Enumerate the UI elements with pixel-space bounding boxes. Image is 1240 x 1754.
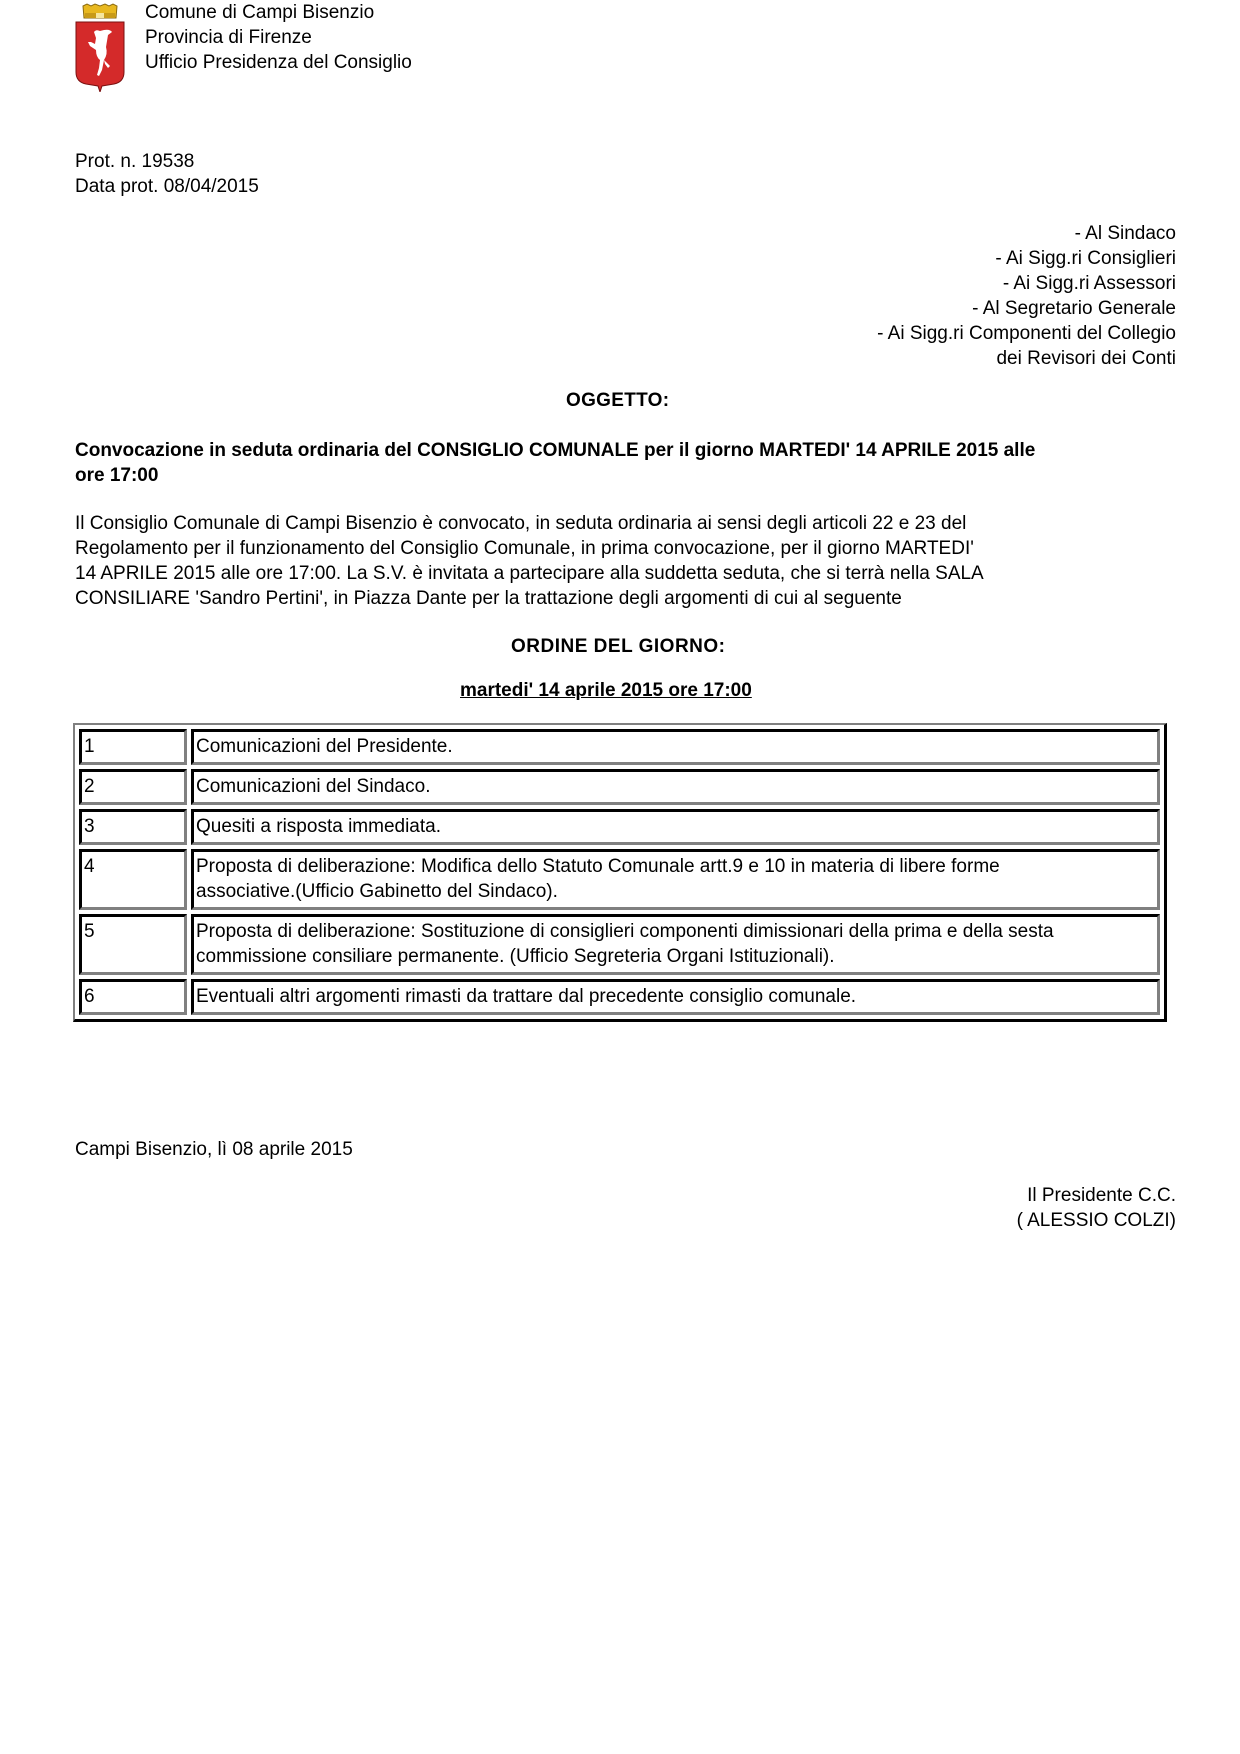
subject-title: Convocazione in seduta ordinaria del CON… [75, 438, 1165, 488]
recipients-list: - Al Sindaco - Ai Sigg.ri Consiglieri - … [877, 221, 1176, 371]
subject-heading: OGGETTO: [566, 390, 669, 412]
subject-title-line: ore 17:00 [75, 463, 1165, 488]
signature-name: ( ALESSIO COLZI) [1017, 1208, 1176, 1233]
agenda-item-line: Comunicazioni del Presidente. [196, 734, 1155, 759]
agenda-row: 3Quesiti a risposta immediata. [79, 809, 1160, 845]
signature-block: Il Presidente C.C. ( ALESSIO COLZI) [1017, 1183, 1176, 1233]
place-date: Campi Bisenzio, lì 08 aprile 2015 [75, 1137, 353, 1162]
agenda-row: 4Proposta di deliberazione: Modifica del… [79, 849, 1160, 910]
protocol-number: Prot. n. 19538 [75, 149, 259, 174]
agenda-item-number: 1 [79, 729, 187, 765]
body-line: CONSILIARE 'Sandro Pertini', in Piazza D… [75, 586, 1175, 611]
agenda-item-text: Comunicazioni del Presidente. [191, 729, 1160, 765]
agenda-table: 1Comunicazioni del Presidente.2Comunicaz… [73, 723, 1167, 1022]
body-line: Regolamento per il funzionamento del Con… [75, 536, 1175, 561]
agenda-item-number: 3 [79, 809, 187, 845]
protocol-block: Prot. n. 19538 Data prot. 08/04/2015 [75, 149, 259, 199]
recipient: - Ai Sigg.ri Consiglieri [877, 246, 1176, 271]
agenda-row: 5Proposta di deliberazione: Sostituzione… [79, 914, 1160, 975]
agenda-item-line: Proposta di deliberazione: Sostituzione … [196, 919, 1155, 944]
agenda-item-text: Proposta di deliberazione: Sostituzione … [191, 914, 1160, 975]
agenda-item-line: Eventuali altri argomenti rimasti da tra… [196, 984, 1155, 1009]
agenda-item-number: 4 [79, 849, 187, 910]
body-line: Il Consiglio Comunale di Campi Bisenzio … [75, 511, 1175, 536]
agenda-item-line: commissione consiliare permanente. (Uffi… [196, 944, 1155, 969]
recipient: - Ai Sigg.ri Assessori [877, 271, 1176, 296]
agenda-item-number: 2 [79, 769, 187, 805]
agenda-item-text: Quesiti a risposta immediata. [191, 809, 1160, 845]
agenda-item-text: Proposta di deliberazione: Modifica dell… [191, 849, 1160, 910]
protocol-date: Data prot. 08/04/2015 [75, 174, 259, 199]
signature-title: Il Presidente C.C. [1017, 1183, 1176, 1208]
agenda-row: 6Eventuali altri argomenti rimasti da tr… [79, 979, 1160, 1015]
body-paragraph: Il Consiglio Comunale di Campi Bisenzio … [75, 511, 1175, 611]
letterhead: Comune di Campi Bisenzio Provincia di Fi… [145, 0, 412, 75]
province-name: Provincia di Firenze [145, 25, 412, 50]
agenda-item-line: Quesiti a risposta immediata. [196, 814, 1155, 839]
subject-title-line: Convocazione in seduta ordinaria del CON… [75, 438, 1165, 463]
agenda-date: martedi' 14 aprile 2015 ore 17:00 [460, 680, 752, 702]
agenda-item-text: Eventuali altri argomenti rimasti da tra… [191, 979, 1160, 1015]
agenda-item-line: Comunicazioni del Sindaco. [196, 774, 1155, 799]
office-name: Ufficio Presidenza del Consiglio [145, 50, 412, 75]
agenda-item-line: associative.(Ufficio Gabinetto del Sinda… [196, 879, 1155, 904]
recipient: - Al Sindaco [877, 221, 1176, 246]
agenda-item-line: Proposta di deliberazione: Modifica dell… [196, 854, 1155, 879]
agenda-heading: ORDINE DEL GIORNO: [511, 636, 726, 658]
agenda-row: 2Comunicazioni del Sindaco. [79, 769, 1160, 805]
coat-of-arms-icon [74, 2, 126, 92]
agenda-item-number: 5 [79, 914, 187, 975]
agenda-item-number: 6 [79, 979, 187, 1015]
recipient: - Ai Sigg.ri Componenti del Collegio [877, 321, 1176, 346]
municipality-name: Comune di Campi Bisenzio [145, 0, 412, 25]
agenda-row: 1Comunicazioni del Presidente. [79, 729, 1160, 765]
agenda-item-text: Comunicazioni del Sindaco. [191, 769, 1160, 805]
recipient: - Al Segretario Generale [877, 296, 1176, 321]
recipient: dei Revisori dei Conti [877, 346, 1176, 371]
body-line: 14 APRILE 2015 alle ore 17:00. La S.V. è… [75, 561, 1175, 586]
